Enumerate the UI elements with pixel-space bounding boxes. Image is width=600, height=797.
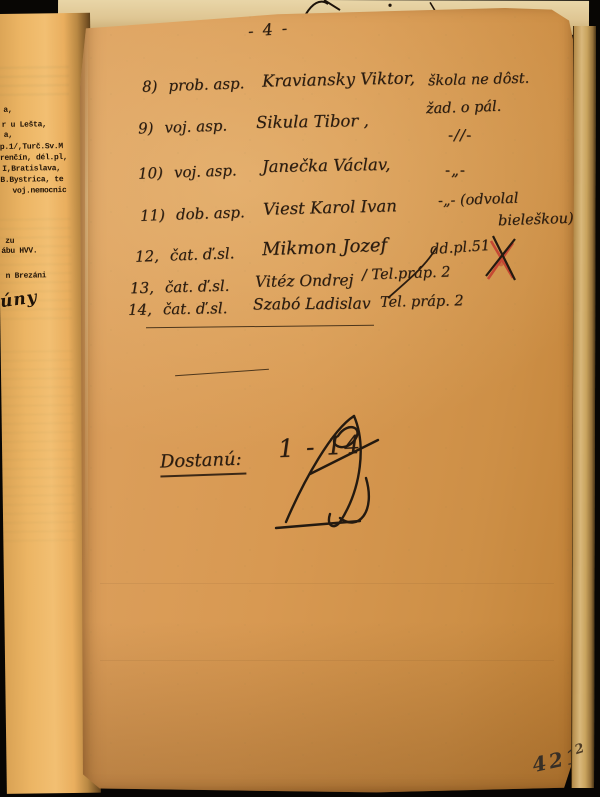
typed-line: r u Lešta, xyxy=(1,120,46,130)
entry-rank: voj. asp. xyxy=(164,116,227,136)
entry-11-ditto-note: -„- (odvolal xyxy=(438,191,519,210)
entry-rank: čat. ď.sl. xyxy=(163,299,228,318)
entry-number: 8) xyxy=(142,77,158,96)
typed-line: zu xyxy=(5,237,14,246)
entry-14-note: Tel. práp. 2 xyxy=(380,293,464,310)
typed-line: a, xyxy=(3,106,12,115)
entry-13-name: Vitéz Ondrej xyxy=(255,271,354,291)
page-stack-edge: 2 xyxy=(571,26,596,788)
entry-rank: prob. asp. xyxy=(168,74,245,95)
entry-rank: čat. ď.sl. xyxy=(165,277,230,297)
entry-12-number-rank: 12,čat. ď.sl. xyxy=(135,244,235,265)
entry-8-name: Kraviansky Viktor, xyxy=(262,68,415,90)
entry-number: 9) xyxy=(138,119,154,138)
entry-11-note-2: bieleškou) xyxy=(498,211,574,230)
typed-line: n Brezáni xyxy=(6,271,47,281)
entry-rank: voj. asp. xyxy=(174,161,237,181)
typed-line: I,Bratislava, xyxy=(2,164,61,174)
entry-number: 14, xyxy=(128,300,152,318)
entry-12-name: Mikmon Jozef xyxy=(262,235,388,260)
entry-9-number-rank: 9)voj. asp. xyxy=(138,116,228,137)
typed-line: renčín, dél.pl, xyxy=(0,153,68,163)
typed-line: p.1/,Turč.Sv.M xyxy=(0,142,63,152)
entry-14-name: Szabó Ladislav xyxy=(253,294,371,313)
entry-number: 13, xyxy=(130,279,154,298)
entry-rank: čat. ď.sl. xyxy=(170,244,235,264)
entry-11-name: Viest Karol Ivan xyxy=(263,196,397,218)
document-page: - 4 - 8)prob. asp. Kraviansky Viktor, šk… xyxy=(80,8,574,794)
divider-line xyxy=(175,369,269,377)
entry-10-ditto-mark: -„- xyxy=(445,161,466,179)
entry-10-name: Janečka Václav, xyxy=(262,155,391,176)
entry-13-note: / Tel.práp. 2 xyxy=(362,264,451,283)
entry-rank: dob. asp. xyxy=(176,203,245,223)
entry-number: 12, xyxy=(135,247,159,266)
paper-crease xyxy=(100,660,554,661)
entry-9-name: Sikula Tibor , xyxy=(256,111,369,132)
entry-14-number-rank: 14,čat. ď.sl. xyxy=(128,299,228,319)
scanned-archival-document: a, r u Lešta, a, p.1/,Turč.Sv.M renčín, … xyxy=(0,0,600,797)
edge-page-mark: 2 xyxy=(573,741,586,758)
typed-line: voj.nemocnic xyxy=(12,186,66,196)
entry-number: 10) xyxy=(138,164,164,183)
fold-highlight xyxy=(85,32,88,582)
entry-8-note-2: žad. o pál. xyxy=(426,99,502,118)
typed-line: B.Bystrica, te xyxy=(0,175,63,185)
signature-scribble-icon xyxy=(272,408,432,530)
entry-8-note: škola ne dôst. xyxy=(428,71,530,90)
strikethrough-x-mark-icon xyxy=(484,234,522,284)
paper-crease xyxy=(100,583,554,584)
entry-14-underline xyxy=(146,325,374,328)
ink-bleed-through xyxy=(1,343,76,544)
entry-13-number-rank: 13,čat. ď.sl. xyxy=(130,277,230,298)
footer-label: Dostanú: xyxy=(160,449,247,478)
ink-bleed-through xyxy=(0,59,69,100)
entry-11-number-rank: 11)dob. asp. xyxy=(140,203,245,225)
entry-number: 11) xyxy=(140,206,166,225)
entry-10-number-rank: 10)voj. asp. xyxy=(138,161,237,182)
typed-line: ábu HVV. xyxy=(1,246,37,256)
page-number: - 4 - xyxy=(247,18,290,41)
entry-9-ditto-mark: -//- xyxy=(448,126,472,144)
typed-line: a, xyxy=(4,131,13,140)
entry-8-number-rank: 8)prob. asp. xyxy=(142,74,245,96)
entry-12-note: dd.pl.51 xyxy=(430,238,491,258)
